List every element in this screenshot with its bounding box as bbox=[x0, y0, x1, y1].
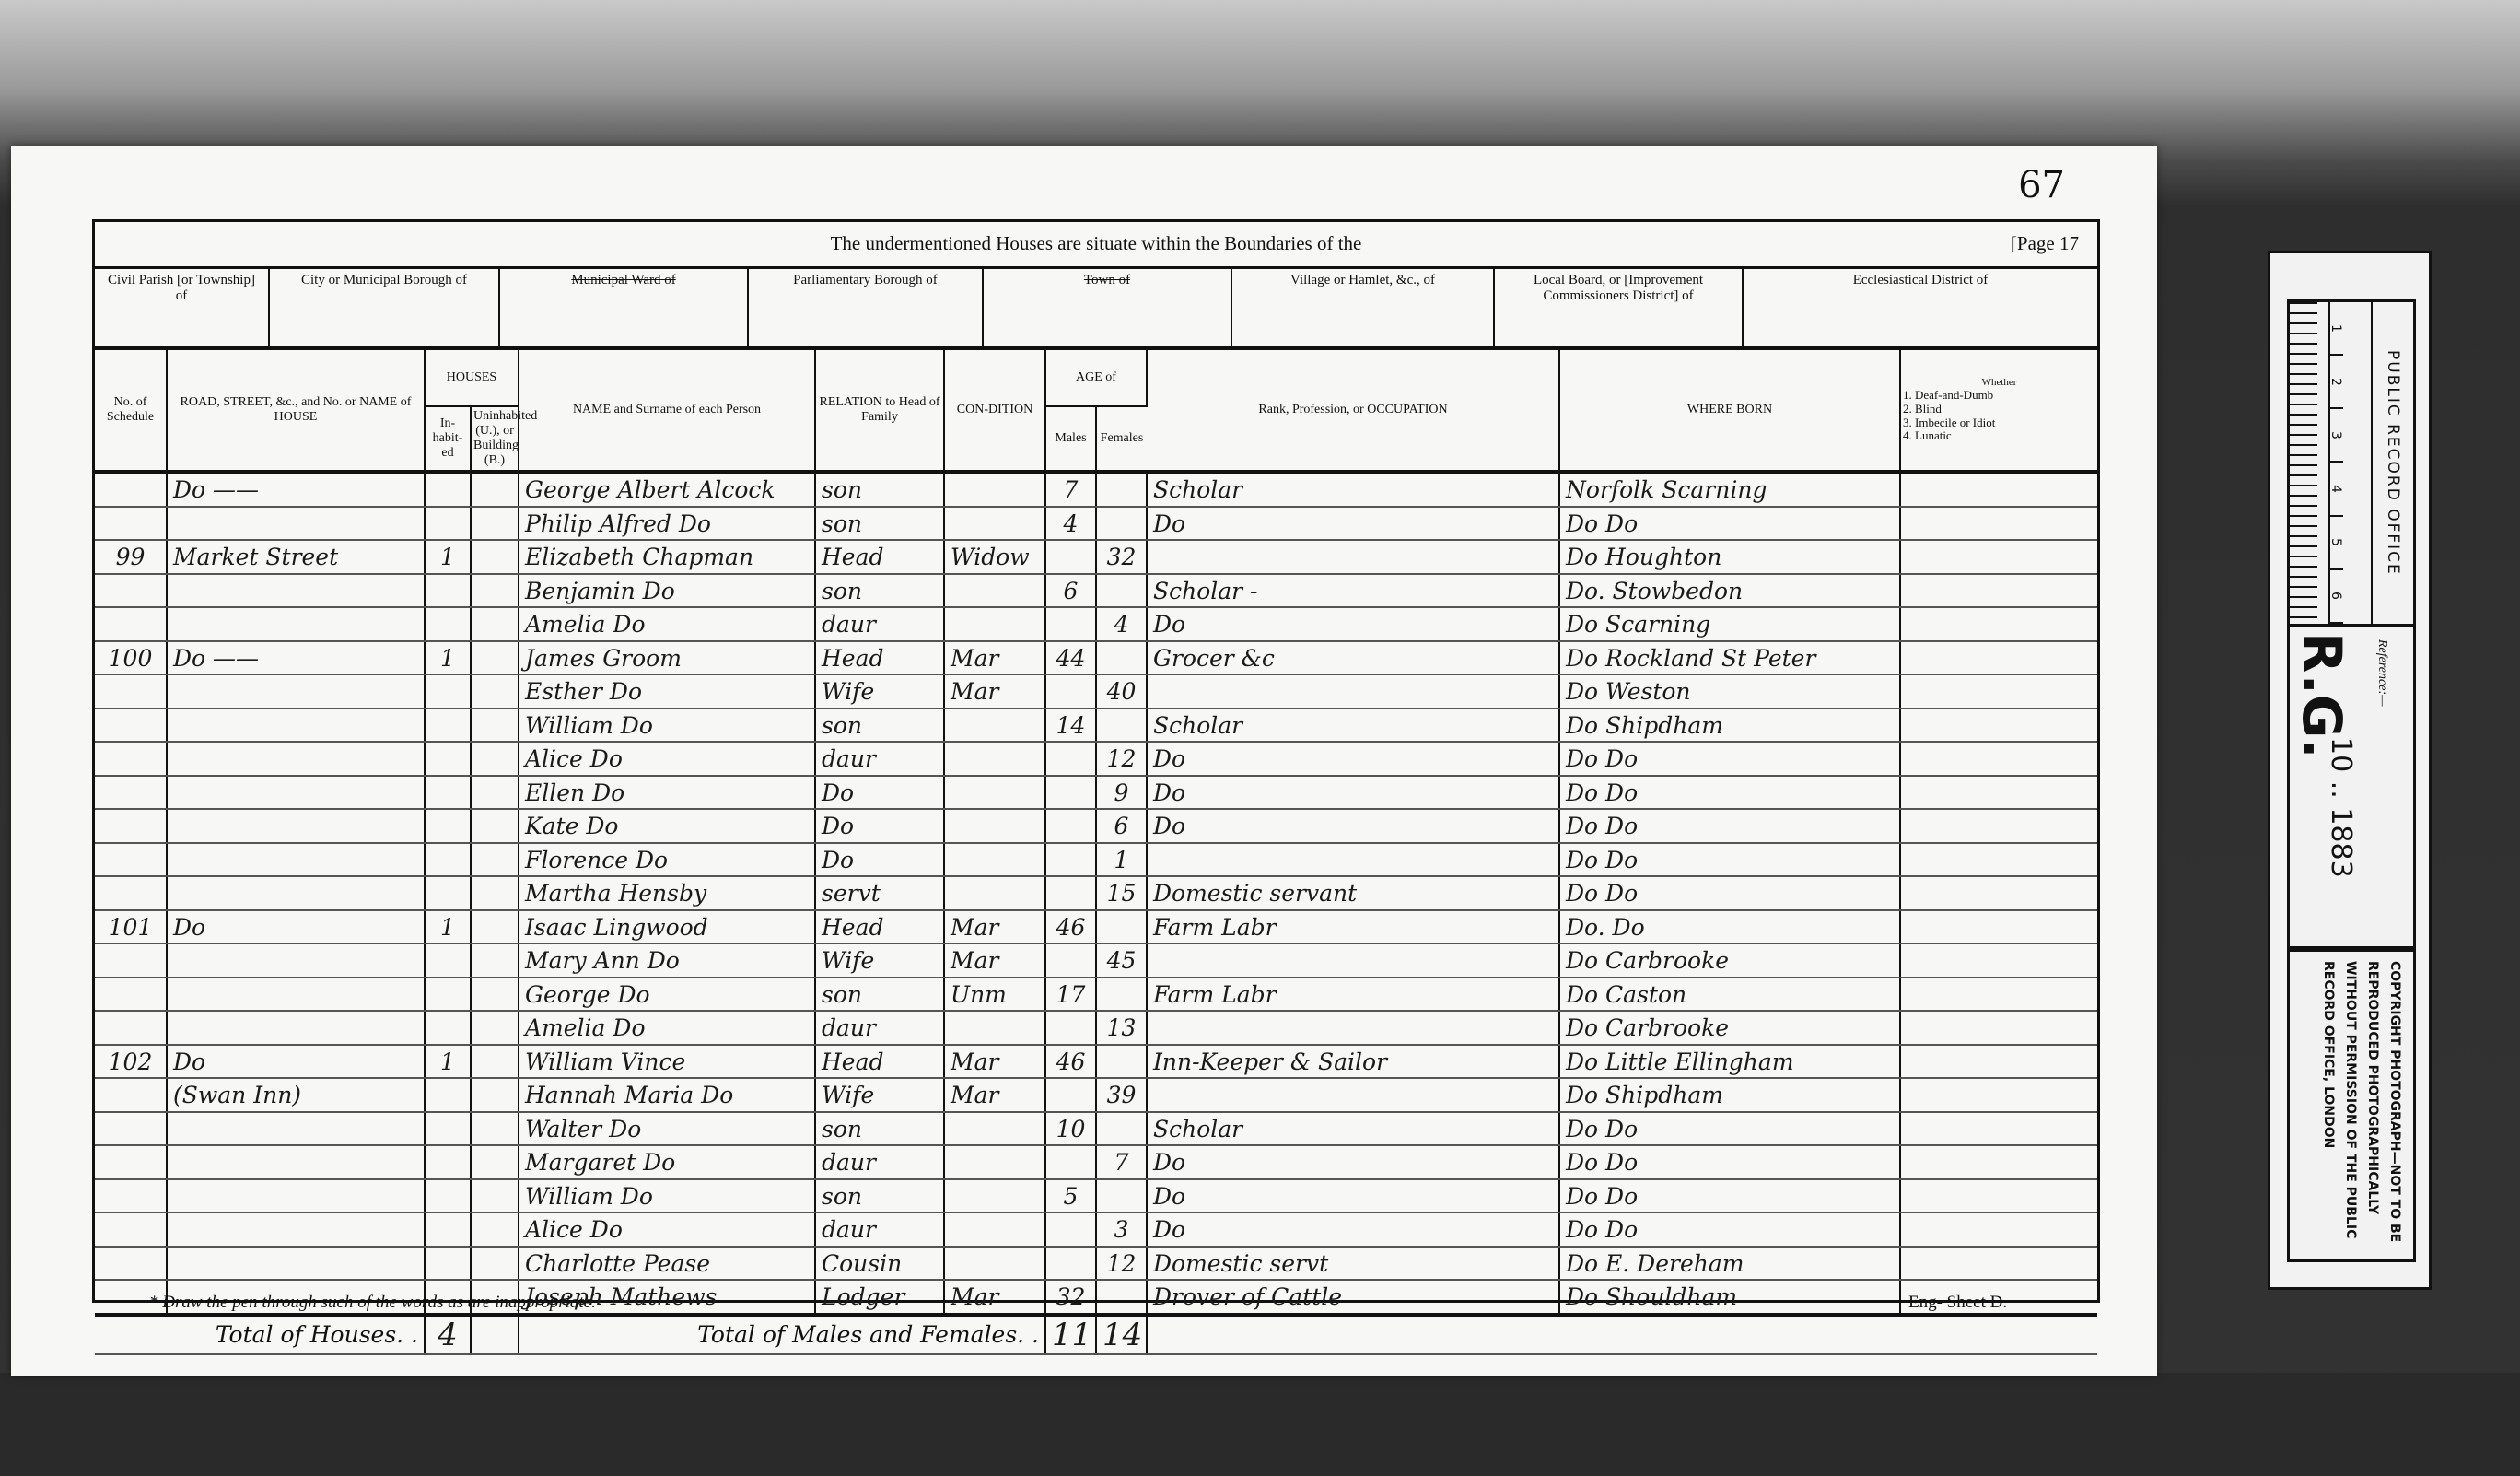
condition bbox=[944, 507, 1045, 541]
condition bbox=[944, 843, 1045, 877]
inhabited-count bbox=[425, 1212, 471, 1247]
relation: Wife bbox=[815, 674, 944, 709]
occupation bbox=[1147, 843, 1559, 877]
header-females: Females bbox=[1096, 406, 1147, 472]
relation: Do bbox=[815, 843, 944, 877]
female-age bbox=[1096, 472, 1147, 507]
where-born: Do Caston bbox=[1559, 978, 1900, 1012]
female-age bbox=[1096, 574, 1147, 608]
female-age: 12 bbox=[1096, 1247, 1147, 1281]
uninhabited-count bbox=[471, 1247, 519, 1281]
condition: Widow bbox=[944, 540, 1045, 574]
totals-row: Total of Houses. . 4 Total of Males and … bbox=[95, 1315, 2097, 1354]
occupation bbox=[1147, 943, 1559, 978]
female-age: 13 bbox=[1096, 1011, 1147, 1045]
relation: Head bbox=[815, 641, 944, 675]
relation: Wife bbox=[815, 1078, 944, 1112]
uninhabited-count bbox=[471, 574, 519, 608]
table-row: Alice Dodaur12DoDo Do bbox=[95, 742, 2097, 776]
road-address: Do bbox=[167, 910, 425, 944]
road-address bbox=[167, 507, 425, 541]
ruler-number: 4 bbox=[2328, 463, 2343, 516]
uninhabited-count bbox=[471, 1212, 519, 1247]
relation: daur bbox=[815, 742, 944, 776]
where-born: Norfolk Scarning bbox=[1559, 472, 1900, 507]
road-address bbox=[167, 978, 425, 1012]
relation: Do bbox=[815, 809, 944, 843]
office-name: PUBLIC RECORD OFFICE bbox=[2373, 302, 2413, 624]
person-name: William Vince bbox=[519, 1045, 815, 1079]
inhabited-count: 1 bbox=[425, 641, 471, 675]
census-table: No. of Schedule ROAD, STREET, &c., and N… bbox=[95, 350, 2097, 1355]
census-form: The undermentioned Houses are situate wi… bbox=[92, 219, 2100, 1303]
female-age: 9 bbox=[1096, 776, 1147, 810]
road-address bbox=[167, 809, 425, 843]
inhabited-count bbox=[425, 1112, 471, 1146]
uninhabited-count bbox=[471, 472, 519, 507]
uninhabited-count bbox=[471, 1078, 519, 1112]
total-persons-label: Total of Males and Females. . bbox=[519, 1315, 1045, 1354]
relation: son bbox=[815, 709, 944, 743]
table-row: (Swan Inn)Hannah Maria DoWifeMar39Do Shi… bbox=[95, 1078, 2097, 1112]
occupation: Drover of Cattle bbox=[1147, 1280, 1559, 1315]
table-row: Alice Dodaur3DoDo Do bbox=[95, 1212, 2097, 1247]
male-age bbox=[1045, 1011, 1096, 1045]
female-age bbox=[1096, 1112, 1147, 1146]
uninhabited-count bbox=[471, 1045, 519, 1079]
condition bbox=[944, 809, 1045, 843]
female-age bbox=[1096, 1280, 1147, 1315]
uninhabited-count bbox=[471, 776, 519, 810]
total-females: 14 bbox=[1096, 1315, 1147, 1354]
infirmity bbox=[1900, 742, 2097, 776]
infirmity bbox=[1900, 776, 2097, 810]
where-born: Do Carbrooke bbox=[1559, 1011, 1900, 1045]
schedule-number bbox=[95, 742, 167, 776]
inhabited-count: 1 bbox=[425, 540, 471, 574]
header-relation: RELATION to Head of Family bbox=[815, 350, 944, 472]
header-uninhabited: Uninhabited (U.), or Building (B.) bbox=[471, 406, 519, 472]
inhabited-count bbox=[425, 1011, 471, 1045]
female-age: 45 bbox=[1096, 943, 1147, 978]
boundary-local-board: Local Board, or [Improvement Commissione… bbox=[1495, 269, 1744, 346]
female-age: 7 bbox=[1096, 1145, 1147, 1179]
reference-year: 1883 bbox=[2325, 807, 2357, 877]
uninhabited-count bbox=[471, 674, 519, 709]
infirmity bbox=[1900, 910, 2097, 944]
occupation: Farm Labr bbox=[1147, 910, 1559, 944]
table-row: Margaret Dodaur7DoDo Do bbox=[95, 1145, 2097, 1179]
copyright-notice: COPYRIGHT PHOTOGRAPH—NOT TO BE REPRODUCE… bbox=[2287, 949, 2416, 1262]
sheet-reference: Eng- Sheet D. bbox=[1908, 1293, 2007, 1313]
table-row: Kate DoDo6DoDo Do bbox=[95, 809, 2097, 843]
inhabited-count bbox=[425, 507, 471, 541]
ruler-number: 2 bbox=[2328, 356, 2343, 409]
schedule-number: 102 bbox=[95, 1045, 167, 1079]
schedule-number bbox=[95, 776, 167, 810]
condition: Mar bbox=[944, 641, 1045, 675]
male-age: 4 bbox=[1045, 507, 1096, 541]
inhabited-count bbox=[425, 1179, 471, 1213]
schedule-number bbox=[95, 876, 167, 910]
road-address: (Swan Inn) bbox=[167, 1078, 425, 1112]
totals-blank bbox=[1147, 1315, 2097, 1354]
where-born: Do Do bbox=[1559, 507, 1900, 541]
schedule-number bbox=[95, 1112, 167, 1146]
condition bbox=[944, 472, 1045, 507]
where-born: Do Shipdham bbox=[1559, 1078, 1900, 1112]
table-row: Mary Ann DoWifeMar45Do Carbrooke bbox=[95, 943, 2097, 978]
table-row: Amelia Dodaur13Do Carbrooke bbox=[95, 1011, 2097, 1045]
occupation: Do bbox=[1147, 742, 1559, 776]
table-row: Philip Alfred Doson4DoDo Do bbox=[95, 507, 2097, 541]
road-address bbox=[167, 1247, 425, 1281]
inhabited-count bbox=[425, 674, 471, 709]
schedule-number bbox=[95, 472, 167, 507]
where-born: Do. Stowbedon bbox=[1559, 574, 1900, 608]
occupation: Scholar bbox=[1147, 1112, 1559, 1146]
uninhabited-count bbox=[471, 540, 519, 574]
road-address: Do —— bbox=[167, 472, 425, 507]
occupation bbox=[1147, 540, 1559, 574]
schedule-number bbox=[95, 1145, 167, 1179]
male-age bbox=[1045, 1145, 1096, 1179]
condition bbox=[944, 1145, 1045, 1179]
uninhabited-count bbox=[471, 876, 519, 910]
scale-ruler: 1 2 3 4 5 6 PUBLIC RECORD OFFICE bbox=[2287, 299, 2416, 627]
census-rows: Do ——George Albert Alcockson7ScholarNorf… bbox=[95, 472, 2097, 1315]
header-road: ROAD, STREET, &c., and No. or NAME of HO… bbox=[167, 350, 425, 472]
table-row: 102Do1William VinceHeadMar46Inn-Keeper &… bbox=[95, 1045, 2097, 1079]
header-houses: HOUSES bbox=[425, 350, 519, 406]
infirmity-3: 3. Imbecile or Idiot bbox=[1903, 416, 2095, 430]
person-name: Philip Alfred Do bbox=[519, 507, 815, 541]
person-name: George Albert Alcock bbox=[519, 472, 815, 507]
infirmity-2: 2. Blind bbox=[1903, 403, 2095, 416]
schedule-number bbox=[95, 978, 167, 1012]
infirmity bbox=[1900, 978, 2097, 1012]
person-name: Kate Do bbox=[519, 809, 815, 843]
reference-strip: 1 2 3 4 5 6 PUBLIC RECORD OFFICE R.G. 10… bbox=[2268, 251, 2432, 1290]
male-age: 14 bbox=[1045, 709, 1096, 743]
occupation: Do bbox=[1147, 1145, 1559, 1179]
road-address: Do —— bbox=[167, 641, 425, 675]
where-born: Do Shipdham bbox=[1559, 709, 1900, 743]
male-age: 44 bbox=[1045, 641, 1096, 675]
uninhabited-count bbox=[471, 943, 519, 978]
occupation: Scholar bbox=[1147, 709, 1559, 743]
condition bbox=[944, 1247, 1045, 1281]
infirmity bbox=[1900, 943, 2097, 978]
infirmity bbox=[1900, 1011, 2097, 1045]
female-age: 3 bbox=[1096, 1212, 1147, 1247]
schedule-number bbox=[95, 1011, 167, 1045]
male-age bbox=[1045, 809, 1096, 843]
condition bbox=[944, 776, 1045, 810]
male-age bbox=[1045, 1247, 1096, 1281]
where-born: Do Rockland St Peter bbox=[1559, 641, 1900, 675]
where-born: Do Do bbox=[1559, 1179, 1900, 1213]
where-born: Do Do bbox=[1559, 1212, 1900, 1247]
occupation: Inn-Keeper & Sailor bbox=[1147, 1045, 1559, 1079]
page-label: [Page 17 bbox=[2011, 222, 2079, 264]
infirmity bbox=[1900, 1045, 2097, 1079]
schedule-number bbox=[95, 709, 167, 743]
female-age bbox=[1096, 709, 1147, 743]
male-age: 6 bbox=[1045, 574, 1096, 608]
boundary-ward: Municipal Ward of bbox=[500, 269, 749, 346]
inhabited-count bbox=[425, 978, 471, 1012]
inhabited-count bbox=[425, 1078, 471, 1112]
occupation: Farm Labr bbox=[1147, 978, 1559, 1012]
male-age bbox=[1045, 607, 1096, 641]
table-row: 101Do1Isaac LingwoodHeadMar46Farm LabrDo… bbox=[95, 910, 2097, 944]
relation: Do bbox=[815, 776, 944, 810]
table-row: William Doson5DoDo Do bbox=[95, 1179, 2097, 1213]
person-name: Esther Do bbox=[519, 674, 815, 709]
infirmity bbox=[1900, 540, 2097, 574]
female-age bbox=[1096, 1179, 1147, 1213]
relation: daur bbox=[815, 1145, 944, 1179]
male-age: 10 bbox=[1045, 1112, 1096, 1146]
reference-box: R.G. 10 .. 1883 Reference:— bbox=[2287, 627, 2416, 949]
table-row: 99Market Street1Elizabeth ChapmanHeadWid… bbox=[95, 540, 2097, 574]
table-row: George DosonUnm17Farm LabrDo Caston bbox=[95, 978, 2097, 1012]
inhabited-count bbox=[425, 709, 471, 743]
person-name: Amelia Do bbox=[519, 1011, 815, 1045]
road-address bbox=[167, 742, 425, 776]
total-houses-value: 4 bbox=[425, 1315, 471, 1354]
schedule-number bbox=[95, 674, 167, 709]
schedule-number: 101 bbox=[95, 910, 167, 944]
male-age bbox=[1045, 1078, 1096, 1112]
schedule-number bbox=[95, 507, 167, 541]
road-address bbox=[167, 876, 425, 910]
where-born: Do Little Ellingham bbox=[1559, 1045, 1900, 1079]
inhabited-count bbox=[425, 809, 471, 843]
condition: Mar bbox=[944, 1045, 1045, 1079]
uninhabited-count bbox=[471, 1112, 519, 1146]
road-address bbox=[167, 574, 425, 608]
road-address: Do bbox=[167, 1045, 425, 1079]
boundaries-row: Civil Parish [or Township] of City or Mu… bbox=[95, 269, 2097, 350]
where-born: Do Houghton bbox=[1559, 540, 1900, 574]
schedule-number: 100 bbox=[95, 641, 167, 675]
table-row: Do ——George Albert Alcockson7ScholarNorf… bbox=[95, 472, 2097, 507]
piece-and-year: 10 .. 1883 bbox=[2317, 737, 2363, 878]
person-name: Walter Do bbox=[519, 1112, 815, 1146]
inhabited-count bbox=[425, 843, 471, 877]
inhabited-count bbox=[425, 742, 471, 776]
male-age bbox=[1045, 943, 1096, 978]
banner-text: The undermentioned Houses are situate wi… bbox=[831, 232, 1362, 254]
header-where-born: WHERE BORN bbox=[1559, 350, 1900, 472]
occupation bbox=[1147, 1011, 1559, 1045]
where-born: Do Do bbox=[1559, 742, 1900, 776]
infirmity bbox=[1900, 1212, 2097, 1247]
occupation: Do bbox=[1147, 1179, 1559, 1213]
person-name: Alice Do bbox=[519, 742, 815, 776]
inhabited-count bbox=[425, 1145, 471, 1179]
folio-number: 67 bbox=[2018, 164, 2065, 206]
female-age bbox=[1096, 1045, 1147, 1079]
infirmity bbox=[1900, 843, 2097, 877]
ruler-number: 3 bbox=[2328, 409, 2343, 463]
uninhabited-count bbox=[471, 709, 519, 743]
road-address bbox=[167, 843, 425, 877]
table-row: William Doson14ScholarDo Shipdham bbox=[95, 709, 2097, 743]
reference-label: Reference:— bbox=[2374, 639, 2389, 707]
infirmity bbox=[1900, 674, 2097, 709]
person-name: William Do bbox=[519, 709, 815, 743]
ruler-number: 5 bbox=[2328, 517, 2343, 570]
footnote: * Draw the pen through such of the words… bbox=[149, 1293, 596, 1313]
scanner-background bbox=[0, 1373, 2520, 1476]
relation: son bbox=[815, 1179, 944, 1213]
person-name: James Groom bbox=[519, 641, 815, 675]
boundary-town: Town of bbox=[984, 269, 1232, 346]
uninhabited-count bbox=[471, 910, 519, 944]
female-age bbox=[1096, 507, 1147, 541]
infirmity bbox=[1900, 1247, 2097, 1281]
ruler-number: 6 bbox=[2328, 570, 2343, 624]
infirmity bbox=[1900, 709, 2097, 743]
infirmity bbox=[1900, 809, 2097, 843]
person-name: George Do bbox=[519, 978, 815, 1012]
relation: Head bbox=[815, 540, 944, 574]
where-born: Do. Do bbox=[1559, 910, 1900, 944]
relation: Head bbox=[815, 910, 944, 944]
occupation: Scholar - bbox=[1147, 574, 1559, 608]
occupation: Grocer &c bbox=[1147, 641, 1559, 675]
ruler-numbers: 1 2 3 4 5 6 bbox=[2328, 302, 2373, 624]
table-row: Ellen DoDo9DoDo Do bbox=[95, 776, 2097, 810]
condition bbox=[944, 1179, 1045, 1213]
table-row: Benjamin Doson6Scholar -Do. Stowbedon bbox=[95, 574, 2097, 608]
ruler-number: 1 bbox=[2328, 302, 2343, 356]
person-name: Mary Ann Do bbox=[519, 943, 815, 978]
person-name: Isaac Lingwood bbox=[519, 910, 815, 944]
female-age: 40 bbox=[1096, 674, 1147, 709]
relation: son bbox=[815, 574, 944, 608]
male-age: 46 bbox=[1045, 910, 1096, 944]
boundary-ecclesiastical: Ecclesiastical District of bbox=[1744, 269, 2097, 346]
female-age: 1 bbox=[1096, 843, 1147, 877]
schedule-number bbox=[95, 574, 167, 608]
male-age: 17 bbox=[1045, 978, 1096, 1012]
schedule-number bbox=[95, 943, 167, 978]
infirmity-4: 4. Lunatic bbox=[1903, 429, 2095, 443]
condition: Mar bbox=[944, 910, 1045, 944]
boundary-village: Village or Hamlet, &c., of bbox=[1232, 269, 1495, 346]
schedule-number: 99 bbox=[95, 540, 167, 574]
person-name: Margaret Do bbox=[519, 1145, 815, 1179]
inhabited-count bbox=[425, 1247, 471, 1281]
person-name: Benjamin Do bbox=[519, 574, 815, 608]
infirmity bbox=[1900, 641, 2097, 675]
male-age bbox=[1045, 776, 1096, 810]
occupation: Do bbox=[1147, 809, 1559, 843]
schedule-number bbox=[95, 1179, 167, 1213]
occupation bbox=[1147, 1078, 1559, 1112]
male-age: 5 bbox=[1045, 1179, 1096, 1213]
uninhabited-count bbox=[471, 607, 519, 641]
person-name: Elizabeth Chapman bbox=[519, 540, 815, 574]
header-age: AGE of bbox=[1045, 350, 1147, 406]
condition bbox=[944, 1212, 1045, 1247]
male-age bbox=[1045, 540, 1096, 574]
inhabited-count bbox=[425, 943, 471, 978]
occupation: Domestic servt bbox=[1147, 1247, 1559, 1281]
occupation: Do bbox=[1147, 507, 1559, 541]
relation: son bbox=[815, 472, 944, 507]
female-age: 6 bbox=[1096, 809, 1147, 843]
uninhabited-count bbox=[471, 809, 519, 843]
condition: Unm bbox=[944, 978, 1045, 1012]
where-born: Do Do bbox=[1559, 1112, 1900, 1146]
table-row: Amelia Dodaur4DoDo Scarning bbox=[95, 607, 2097, 641]
person-name: Martha Hensby bbox=[519, 876, 815, 910]
uninhabited-count bbox=[471, 742, 519, 776]
female-age: 39 bbox=[1096, 1078, 1147, 1112]
female-age bbox=[1096, 910, 1147, 944]
infirmity bbox=[1900, 1145, 2097, 1179]
road-address bbox=[167, 709, 425, 743]
inhabited-count: 1 bbox=[425, 910, 471, 944]
schedule-number bbox=[95, 843, 167, 877]
person-name: Amelia Do bbox=[519, 607, 815, 641]
where-born: Do Do bbox=[1559, 1145, 1900, 1179]
occupation: Do bbox=[1147, 607, 1559, 641]
uninhabited-count bbox=[471, 641, 519, 675]
schedule-number bbox=[95, 809, 167, 843]
relation: daur bbox=[815, 1011, 944, 1045]
female-age: 32 bbox=[1096, 540, 1147, 574]
infirmity bbox=[1900, 1179, 2097, 1213]
condition: Mar bbox=[944, 674, 1045, 709]
header-inhabited: In-habit-ed bbox=[425, 406, 471, 472]
road-address bbox=[167, 776, 425, 810]
uninhabited-count bbox=[471, 1179, 519, 1213]
occupation: Scholar bbox=[1147, 472, 1559, 507]
total-uninhabited bbox=[471, 1315, 519, 1354]
infirmity bbox=[1900, 472, 2097, 507]
relation: son bbox=[815, 507, 944, 541]
total-houses-label: Total of Houses. . bbox=[95, 1315, 425, 1354]
inhabited-count: 1 bbox=[425, 1045, 471, 1079]
schedule-number bbox=[95, 607, 167, 641]
table-row: Walter Doson10ScholarDo Do bbox=[95, 1112, 2097, 1146]
condition bbox=[944, 607, 1045, 641]
infirmity bbox=[1900, 607, 2097, 641]
uninhabited-count bbox=[471, 978, 519, 1012]
condition bbox=[944, 1011, 1045, 1045]
road-address bbox=[167, 1212, 425, 1247]
total-males: 11 bbox=[1045, 1315, 1096, 1354]
inhabited-count bbox=[425, 607, 471, 641]
condition: Mar bbox=[944, 943, 1045, 978]
census-sheet: 67 The undermentioned Houses are situate… bbox=[11, 146, 2157, 1376]
road-address bbox=[167, 1179, 425, 1213]
where-born: Do Do bbox=[1559, 876, 1900, 910]
relation: son bbox=[815, 1112, 944, 1146]
header-schedule: No. of Schedule bbox=[95, 350, 167, 472]
condition bbox=[944, 1112, 1045, 1146]
where-born: Do Do bbox=[1559, 843, 1900, 877]
form-banner: The undermentioned Houses are situate wi… bbox=[95, 222, 2097, 269]
male-age: 7 bbox=[1045, 472, 1096, 507]
road-address bbox=[167, 1112, 425, 1146]
